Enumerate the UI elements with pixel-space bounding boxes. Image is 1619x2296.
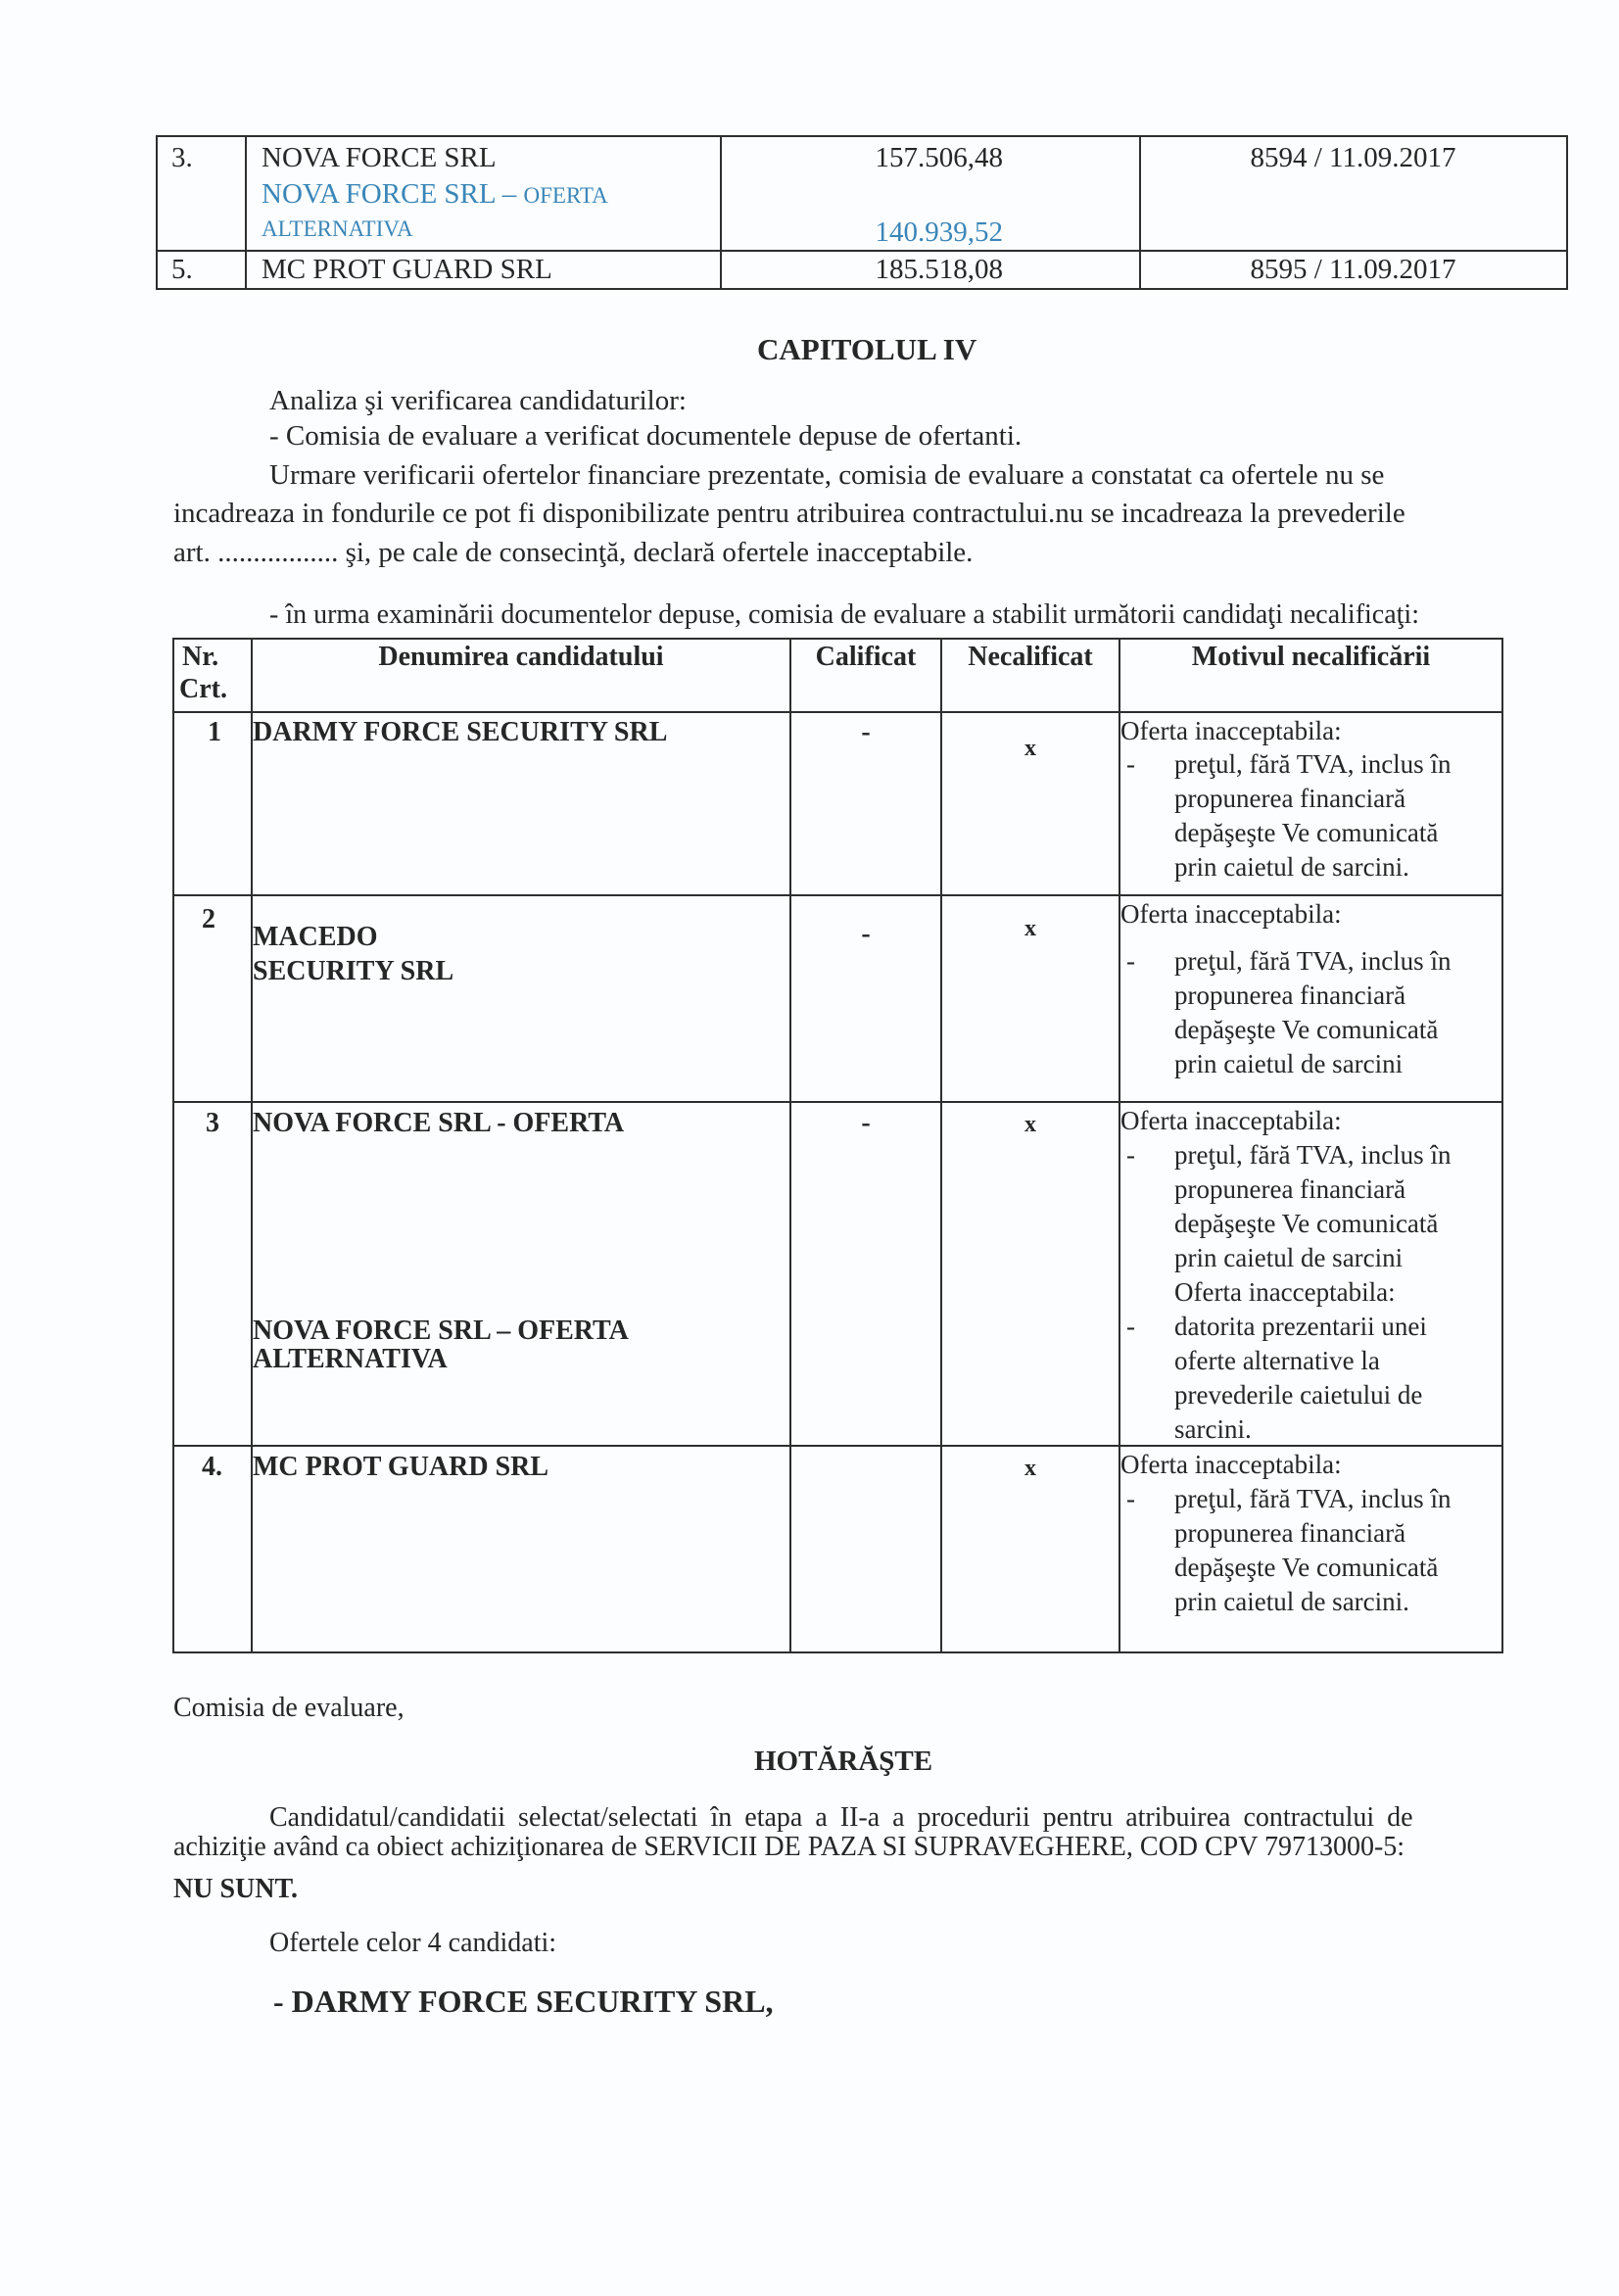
reason-title: Oferta inacceptabila: bbox=[1120, 1452, 1342, 1478]
offer-alt-name-2: ALTERNATIVA bbox=[262, 217, 413, 240]
reason-line: propunerea financiară bbox=[1174, 786, 1405, 812]
reason-line: depăşeşte Ve comunicată bbox=[1174, 1211, 1438, 1237]
unqualified-mark: x bbox=[942, 737, 1119, 760]
offer-alt-name: NOVA FORCE SRL – OFERTA bbox=[262, 180, 608, 209]
reason-dash: - bbox=[1126, 751, 1135, 778]
unqualified-mark: x bbox=[942, 917, 1119, 940]
reason-line: prin caietul de sarcini. bbox=[1174, 854, 1409, 881]
verified-line: - Comisia de evaluare a verificat docume… bbox=[269, 422, 1022, 451]
reason-line: preţul, fără TVA, inclus în bbox=[1174, 1142, 1451, 1169]
table-border bbox=[1119, 638, 1120, 1653]
reason-line: propunerea financiară bbox=[1174, 1520, 1405, 1547]
reason-line: prevederile caietului de bbox=[1174, 1382, 1422, 1409]
reason-title: Oferta inacceptabila: bbox=[1120, 901, 1342, 928]
table-border bbox=[156, 135, 158, 290]
reason-line: propunerea financiară bbox=[1174, 1176, 1405, 1203]
candidate-name: NOVA FORCE SRL - OFERTA bbox=[253, 1110, 624, 1137]
candidate-alt-name: ALTERNATIVA bbox=[253, 1346, 448, 1373]
paragraph-line: Urmare verificarii ofertelor financiare … bbox=[269, 461, 1384, 490]
table-border bbox=[156, 250, 1567, 252]
reason-line: preţul, fără TVA, inclus în bbox=[1174, 948, 1451, 975]
row-number: 5. bbox=[171, 256, 193, 284]
reason-line: sarcini. bbox=[1174, 1416, 1252, 1443]
candidate-name: SECURITY SRL bbox=[253, 958, 453, 985]
header-crt: Crt. bbox=[179, 676, 227, 703]
header-name: Denumirea candidatului bbox=[253, 644, 789, 671]
committee-label: Comisia de evaluare, bbox=[173, 1695, 405, 1722]
table-border bbox=[172, 1445, 1502, 1447]
table-border bbox=[245, 135, 247, 290]
reason-line: preţul, fără TVA, inclus în bbox=[1174, 751, 1451, 778]
header-reason: Motivul necalificării bbox=[1120, 644, 1501, 671]
row-number: 3. bbox=[171, 144, 193, 172]
table-border bbox=[172, 1651, 1502, 1653]
table-border bbox=[172, 638, 1502, 640]
table-border bbox=[156, 135, 1567, 137]
offer-name: NOVA FORCE SRL bbox=[262, 144, 497, 172]
reason-title: Oferta inacceptabila: bbox=[1120, 1108, 1342, 1134]
reason-title: Oferta inacceptabila: bbox=[1120, 718, 1342, 744]
offers-intro: Ofertele celor 4 candidati: bbox=[269, 1930, 556, 1957]
qualified-mark: - bbox=[791, 1110, 940, 1137]
table-border bbox=[1501, 638, 1503, 1653]
paragraph-line: incadreaza in fondurile ce pot fi dispon… bbox=[173, 500, 1405, 528]
candidate-name: MC PROT GUARD SRL bbox=[253, 1454, 548, 1481]
reason-line: propunerea financiară bbox=[1174, 982, 1405, 1009]
offer-registration: 8594 / 11.09.2017 bbox=[1140, 144, 1566, 172]
chapter-title: CAPITOLUL IV bbox=[757, 334, 976, 364]
offer-amount: 185.518,08 bbox=[721, 256, 1003, 284]
reason-line: depăşeşte Ve comunicată bbox=[1174, 1555, 1438, 1581]
reason-title: Oferta inacceptabila: bbox=[1174, 1279, 1396, 1306]
row-number: 1 bbox=[208, 719, 221, 746]
unqualified-mark: x bbox=[942, 1113, 1119, 1136]
decision-line: Candidatul/candidatii selectat/selectati… bbox=[269, 1804, 1413, 1832]
decision-title: HOTĂRĂŞTE bbox=[754, 1747, 932, 1776]
row-number: 3 bbox=[206, 1110, 219, 1137]
candidate-name: DARMY FORCE SECURITY SRL bbox=[253, 719, 667, 746]
reason-line: prin caietul de sarcini bbox=[1174, 1245, 1403, 1271]
offer-alt-amount: 140.939,52 bbox=[721, 218, 1003, 247]
analysis-heading: Analiza şi verificarea candidaturilor: bbox=[269, 387, 687, 415]
reason-dash: - bbox=[1126, 1486, 1135, 1512]
reason-dash: - bbox=[1126, 1142, 1135, 1169]
candidate-alt-name: NOVA FORCE SRL – OFERTA bbox=[253, 1317, 629, 1345]
qualified-mark: - bbox=[791, 719, 940, 746]
header-qualified: Calificat bbox=[791, 644, 940, 671]
reason-line: datorita prezentarii unei bbox=[1174, 1314, 1427, 1340]
table-border bbox=[156, 288, 1567, 290]
row-number: 4. bbox=[202, 1454, 222, 1481]
reason-line: depăşeşte Ve comunicată bbox=[1174, 820, 1438, 846]
table-border bbox=[940, 638, 942, 1653]
offer-registration: 8595 / 11.09.2017 bbox=[1140, 256, 1566, 284]
offer-name: MC PROT GUARD SRL bbox=[262, 256, 552, 284]
reason-dash: - bbox=[1126, 1314, 1135, 1340]
table-border bbox=[251, 638, 253, 1653]
header-unqualified: Necalificat bbox=[942, 644, 1119, 671]
table-border bbox=[789, 638, 791, 1653]
candidate-name: MACEDO bbox=[253, 924, 378, 951]
reason-dash: - bbox=[1126, 948, 1135, 975]
table-border bbox=[172, 1101, 1502, 1103]
row-number: 2 bbox=[202, 906, 215, 933]
paragraph-line: art. ................. şi, pe cale de co… bbox=[173, 539, 973, 567]
reason-line: prin caietul de sarcini bbox=[1174, 1051, 1403, 1077]
unqualified-intro: - în urma examinării documentelor depuse… bbox=[269, 601, 1419, 629]
decision-result: NU SUNT. bbox=[173, 1876, 298, 1903]
unqualified-mark: x bbox=[942, 1457, 1119, 1480]
header-nr: Nr. bbox=[182, 644, 218, 671]
table-border bbox=[172, 894, 1502, 896]
reason-line: depăşeşte Ve comunicată bbox=[1174, 1017, 1438, 1043]
reason-line: prin caietul de sarcini. bbox=[1174, 1589, 1409, 1615]
table-border bbox=[172, 638, 174, 1653]
offer-list-item: - DARMY FORCE SECURITY SRL, bbox=[273, 1985, 774, 2017]
qualified-mark: - bbox=[791, 921, 940, 948]
reason-line: oferte alternative la bbox=[1174, 1348, 1380, 1374]
decision-line: achiziţie având ca obiect achiziţionarea… bbox=[173, 1834, 1405, 1861]
table-border bbox=[1566, 135, 1568, 290]
offer-amount: 157.506,48 bbox=[721, 144, 1003, 172]
reason-line: preţul, fără TVA, inclus în bbox=[1174, 1486, 1451, 1512]
table-border bbox=[172, 711, 1502, 713]
